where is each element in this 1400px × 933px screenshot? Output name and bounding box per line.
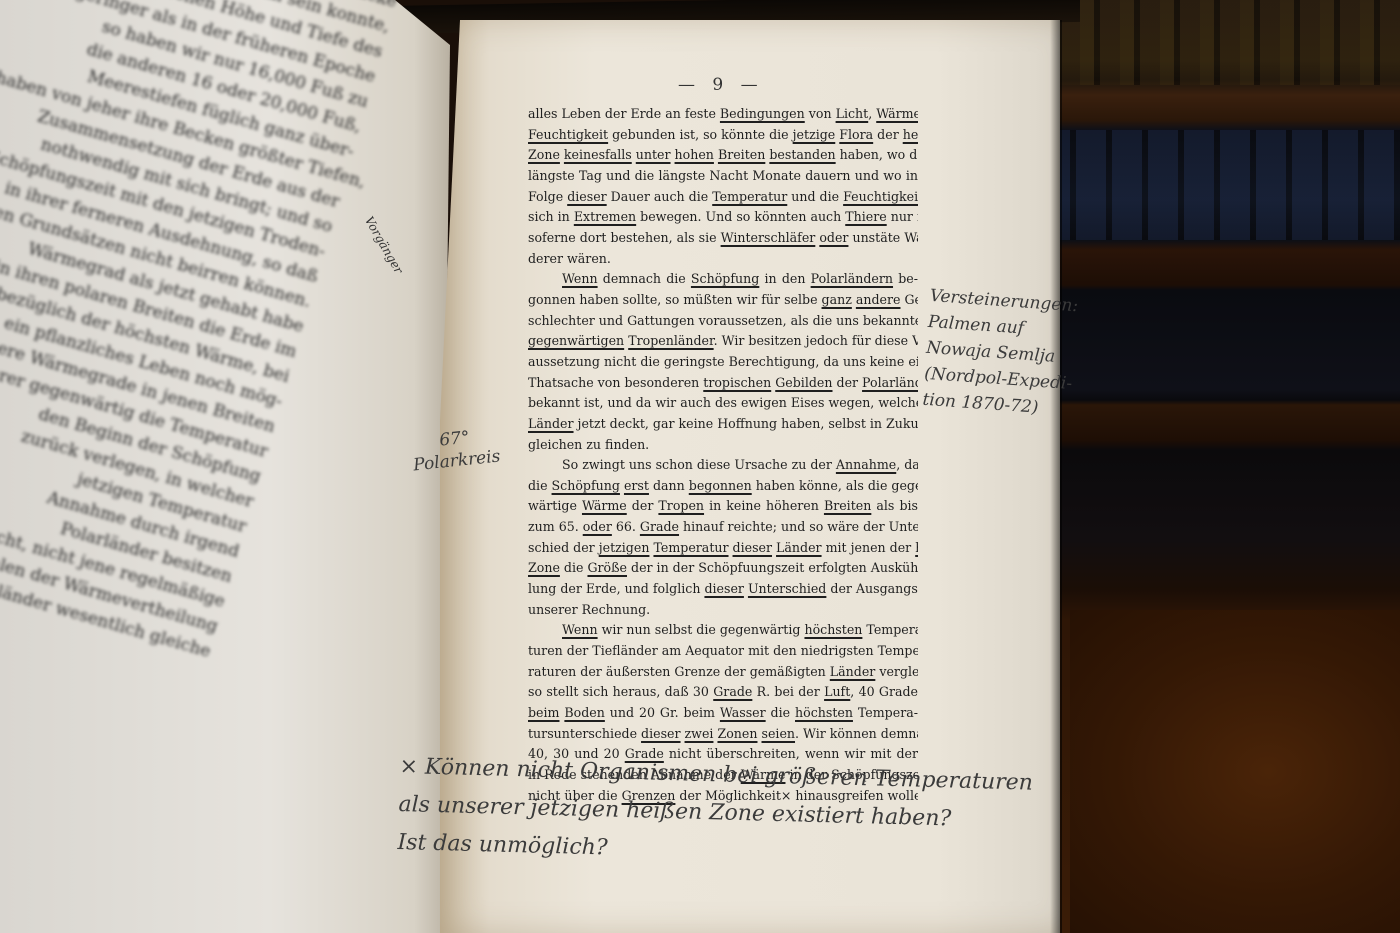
text-line: Thatsache von besonderen tropischen Gebi… [528, 373, 918, 394]
page-number: — 9 — [678, 75, 764, 95]
text-line: wärtige Wärme der Tropen in keine höhere… [528, 496, 918, 517]
text-line: raturen der äußersten Grenze der gemäßig… [528, 662, 918, 683]
text-line: Wenn demnach die Schöpfung in den Polarl… [528, 269, 918, 290]
text-line: Zone keinesfalls unter hohen Breiten bes… [528, 145, 918, 166]
page-edge-shadow [1050, 20, 1062, 933]
text-line: zum 65. oder 66. Grade hinauf reichte; u… [528, 517, 918, 538]
text-line: so stellt sich heraus, daß 30 Grade R. b… [528, 682, 918, 703]
text-line: tursunterschiede dieser zwei Zonen seien… [528, 724, 918, 745]
text-line: gleichen zu finden. [528, 435, 918, 456]
handwritten-margin-note-left: 67° Polarkreis [410, 424, 501, 477]
text-line: Folge dieser Dauer auch die Temperatur u… [528, 187, 918, 208]
text-line: derer wären. [528, 249, 918, 270]
text-line: Länder jetzt deckt, gar keine Hoffnung h… [528, 414, 918, 435]
text-line: schied der jetzigen Temperatur dieser Lä… [528, 538, 918, 559]
text-line: schlechter und Gattungen voraussetzen, a… [528, 311, 918, 332]
left-page-text: lich schon vom ersten Augenblicke an nic… [0, 0, 400, 665]
text-line: Zone die Größe der in der Schöpfuungszei… [528, 558, 918, 579]
text-line: gonnen haben sollte, so müßten wir für s… [528, 290, 918, 311]
text-line: unserer Rechnung. [528, 600, 918, 621]
text-line: die Schöpfung erst dann begonnen haben k… [528, 476, 918, 497]
handwritten-margin-note-right: Versteinerungen: Palmen auf Nowaja Semlj… [922, 283, 1079, 423]
text-line: soferne dort bestehen, als sie Wintersch… [528, 228, 918, 249]
text-line: lung der Erde, und folglich dieser Unter… [528, 579, 918, 600]
text-line: gegenwärtigen Tropenländer. Wir besitzen… [528, 331, 918, 352]
text-line: bekannt ist, und da wir auch des ewigen … [528, 393, 918, 414]
text-line: turen der Tiefländer am Aequator mit den… [528, 641, 918, 662]
text-line: sich in Extremen bewegen. Und so könnten… [528, 207, 918, 228]
left-page: lich schon vom ersten Augenblicke an nic… [0, 0, 450, 933]
text-line: aussetzung nicht die geringste Berechtig… [528, 352, 918, 373]
text-line: Wenn wir nun selbst die gegenwärtig höch… [528, 620, 918, 641]
text-line: Feuchtigkeit gebunden ist, so könnte die… [528, 125, 918, 146]
right-page-body-text: alles Leben der Erde an feste Bedingunge… [528, 104, 918, 806]
text-line: beim Boden und 20 Gr. beim Wasser die hö… [528, 703, 918, 724]
text-line: alles Leben der Erde an feste Bedingunge… [528, 104, 918, 125]
wooden-table [1070, 610, 1400, 933]
text-line: längste Tag und die längste Nacht Monate… [528, 166, 918, 187]
text-line: So zwingt uns schon diese Ursache zu der… [528, 455, 918, 476]
book-spines-middle [1040, 130, 1400, 240]
handwritten-footnote: × Können nicht Organismen bei größeren T… [397, 748, 1033, 879]
book-spines-top [1040, 0, 1400, 85]
